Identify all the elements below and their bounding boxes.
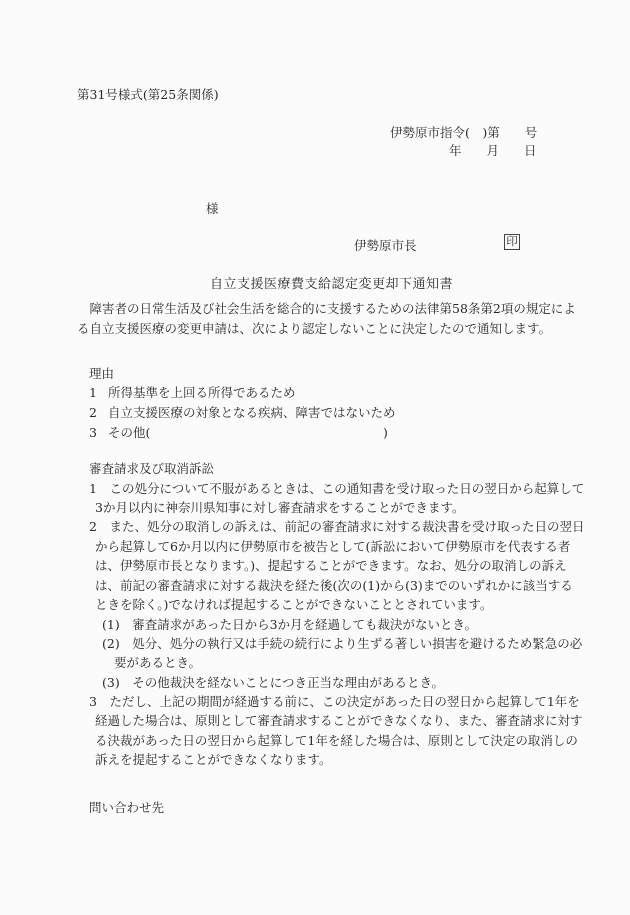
appeal-line: 1 この処分について不服があるときは、この通知書を受け取った日の翌日から起算して <box>89 481 584 497</box>
appeal-line: から起算して6か月以内に伊勢原市を被告として(訴訟において伊勢原市を代表する者 <box>95 539 570 555</box>
reason-text: 所得基準を上回る所得であるため <box>108 385 296 401</box>
reason-number: 2 <box>89 405 97 421</box>
appeal-line: は、伊勢原市長となります。)、提起することができます。なお、処分の取消しの訴え <box>95 558 567 574</box>
appeal-subitem: (3) その他裁決を経ないことにつき正当な理由があるとき。 <box>102 675 444 691</box>
reference-number: 伊勢原市指令( )第 号 <box>390 123 537 141</box>
appeal-line: 3 ただし、上記の期間が経過する前に、この決定があった日の翌日から起算して1年を <box>89 694 580 710</box>
appeal-line: 2 また、処分の取消しの訴えは、前記の審査請求に対する裁決書を受け取った日の翌日 <box>89 519 584 535</box>
reason-text: その他( <box>108 425 150 441</box>
appeal-line: 訴えを提起することができなくなります。 <box>95 752 332 768</box>
reason-close-paren: ) <box>383 425 388 441</box>
form-number: 第31号様式(第25条関係) <box>77 85 219 103</box>
document-title: 自立支援医療費支給認定変更却下通知書 <box>210 273 453 292</box>
appeal-subitem: (2) 処分、処分の執行又は手続の続行により生ずる著しい損害を避けるため緊急の必 <box>102 636 582 652</box>
contact-heading: 問い合わせ先 <box>89 800 164 816</box>
appeal-heading: 審査請求及び取消訴訟 <box>89 461 214 477</box>
reason-number: 1 <box>89 385 97 401</box>
intro-line-2: る自立支援医療の変更申請は、次により認定しないことに決定したので通知します。 <box>77 321 551 337</box>
reason-number: 3 <box>89 425 97 441</box>
reasons-heading: 理由 <box>89 366 114 382</box>
appeal-line: る決裁があった日の翌日から起算して1年を経した場合は、原則として決定の取消しの <box>95 733 578 749</box>
issue-date: 年 月 日 <box>449 141 537 159</box>
appeal-line: 3か月以内に神奈川県知事に対し審査請求をすることができます。 <box>95 500 464 516</box>
appeal-line: は、前記の審査請求に対する裁決を経た後(次の(1)から(3)までのいずれかに該当… <box>95 578 573 594</box>
appeal-line: ときを除く。)でなければ提起することができないこととされています。 <box>95 597 492 613</box>
seal-stamp-icon: 印 <box>504 234 520 250</box>
appeal-line: 経過した場合は、原則として審査請求することができなくなり、また、審査請求に対す <box>95 713 583 729</box>
sender-name: 伊勢原市長 <box>354 236 417 254</box>
intro-line-1: 障害者の日常生活及び社会生活を総合的に支援するための法律第58条第2項の規定によ <box>77 301 576 317</box>
reason-text: 自立支援医療の対象となる疾病、障害ではないため <box>108 405 396 421</box>
appeal-subitem: (1) 審査請求があった日から3か月を経過しても裁決がないとき。 <box>102 617 477 633</box>
recipient-honorific: 様 <box>206 199 219 217</box>
appeal-subitem: 要があるとき。 <box>114 655 201 671</box>
